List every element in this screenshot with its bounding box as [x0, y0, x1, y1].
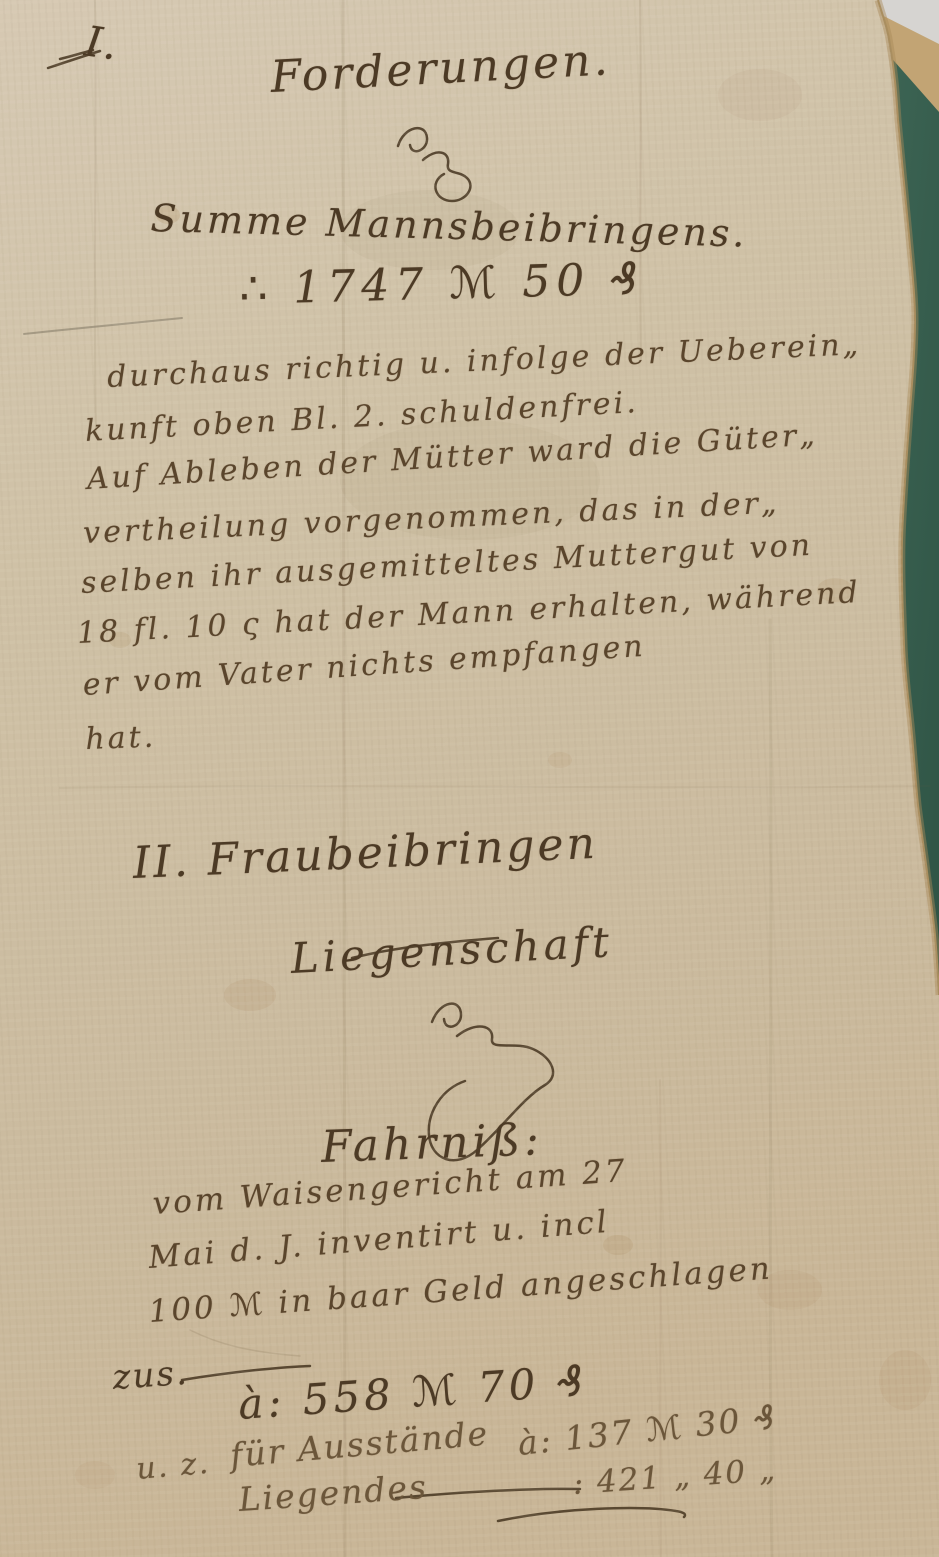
- folio-marker: I.: [82, 16, 122, 69]
- body-line: hat.: [85, 720, 157, 757]
- sum-amount: ∴ 1747 ℳ 50 ₰: [239, 253, 645, 315]
- split-und-zwar: u. z.: [135, 1446, 212, 1487]
- total-zus-label: zus.: [111, 1353, 190, 1398]
- manuscript-photo: I. Forderungen. Summe Mannsbeibringens. …: [0, 0, 939, 1557]
